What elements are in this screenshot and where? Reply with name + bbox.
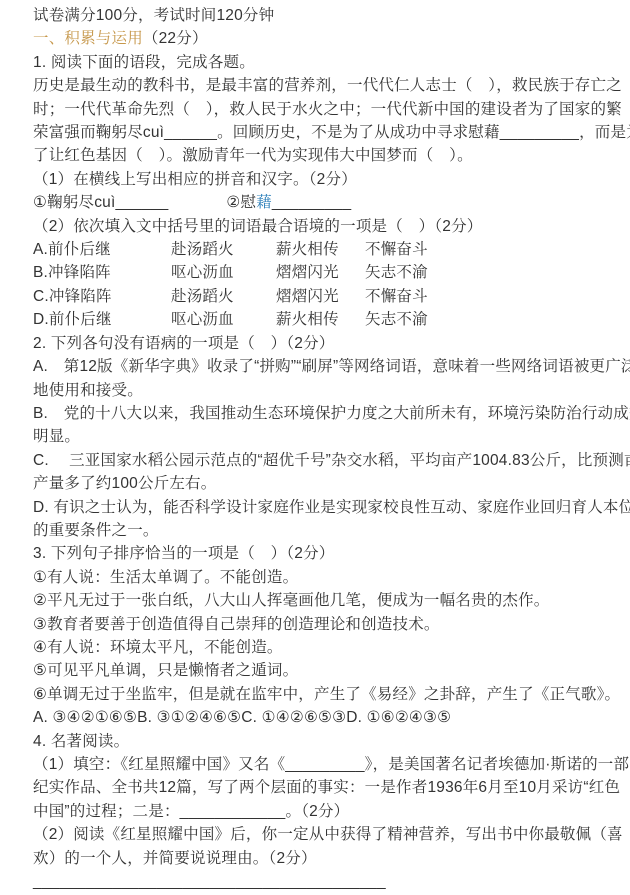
question-3-stem: 3. 下列句子排序恰当的一项是（ ）（2分） bbox=[33, 542, 602, 565]
question-1-passage-line: 时；一代代革命先烈（ ），救人民于水火之中；一代代新中国的建设者为了国家的繁 bbox=[33, 98, 602, 121]
question-2-option-line: 明显。 bbox=[33, 425, 602, 448]
answer-blank-line: ________________________________________ bbox=[33, 870, 602, 893]
question-1-passage-line: 荣富强而鞠躬尽cuì______。回顾历史，不是为了从成功中寻求慰藉______… bbox=[33, 121, 602, 144]
option-cell: 不懈奋斗 bbox=[365, 238, 602, 261]
section-1-heading: 一、积累与运用（22分） bbox=[33, 27, 602, 50]
pinyin-blank-2-line: _________ bbox=[272, 194, 351, 211]
question-3-sentence: ④有人说：环境太平凡，不能创造。 bbox=[33, 636, 602, 659]
option-cell: B.冲锋陷阵 bbox=[33, 261, 171, 284]
question-4-sub-1-line: 中国”的过程；二是：____________。（2分） bbox=[33, 800, 602, 823]
question-1-passage-line: 了让红色基因（ ）。激励青年一代为实现伟大中国梦而（ ）。 bbox=[33, 144, 602, 167]
question-1-sub-2-option-b: B.冲锋陷阵呕心沥血熠熠闪光矢志不渝 bbox=[33, 261, 602, 284]
question-2-option-line: C. 三亚国家水稻公园示范点的“超优千号”杂交水稻，平均亩产1004.83公斤，… bbox=[33, 449, 602, 472]
question-2-option-line: B. 党的十八大以来，我国推动生态环境保护力度之大前所未有，环境污染防治行动成效 bbox=[33, 402, 602, 425]
question-4-sub-1-line: （1）填空：《红星照耀中国》又名《_________》，是美国著名记者埃德加·斯… bbox=[33, 753, 602, 776]
question-2-option-line: 产量多了约100公斤左右。 bbox=[33, 472, 602, 495]
question-4-stem: 4. 名著阅读。 bbox=[33, 730, 602, 753]
option-cell: C.冲锋陷阵 bbox=[33, 285, 171, 308]
option-cell: A.前仆后继 bbox=[33, 238, 171, 261]
option-cell: 呕心沥血 bbox=[171, 308, 276, 331]
highlighted-char: 藉 bbox=[256, 194, 272, 211]
question-1-sub-2-option-c: C.冲锋陷阵赴汤蹈火熠熠闪光不懈奋斗 bbox=[33, 285, 602, 308]
question-1-stem: 1. 阅读下面的语段，完成各题。 bbox=[33, 51, 602, 74]
section-1-score: （22分） bbox=[143, 30, 208, 47]
question-1-sub-2-prompt: （2）依次填入文中括号里的词语最合语境的一项是（ ）（2分） bbox=[33, 215, 602, 238]
option-cell: 薪火相传 bbox=[276, 238, 365, 261]
option-cell: D.前仆后继 bbox=[33, 308, 171, 331]
question-2-stem: 2. 下列各句没有语病的一项是（ ）（2分） bbox=[33, 332, 602, 355]
section-1-title: 一、积累与运用 bbox=[33, 30, 143, 47]
question-1-sub-1-prompt: （1）在横线上写出相应的拼音和汉字。（2分） bbox=[33, 168, 602, 191]
option-cell: 赴汤蹈火 bbox=[171, 285, 276, 308]
exam-paper-document: 试卷满分100分，考试时间120分钟 一、积累与运用（22分） 1. 阅读下面的… bbox=[0, 0, 630, 893]
pinyin-blank-row: ①鞠躬尽cuì______②慰藉_________ bbox=[33, 191, 602, 214]
question-2-option-line: 地使用和接受。 bbox=[33, 379, 602, 402]
question-3-sentence: ③教育者要善于创造值得自己崇拜的创造理论和创造技术。 bbox=[33, 613, 602, 636]
option-cell: 熠熠闪光 bbox=[276, 285, 365, 308]
option-cell: 不懈奋斗 bbox=[365, 285, 602, 308]
pinyin-blank-1: ①鞠躬尽cuì______ bbox=[33, 194, 168, 211]
question-3-sentence: ②平凡无过于一张白纸，八大山人挥毫画他几笔，便成为一幅名贵的杰作。 bbox=[33, 589, 602, 612]
question-2-option-line: A. 第12版《新华字典》收录了“拼购”“刷屏”等网络词语，意味着一些网络词语被… bbox=[33, 355, 602, 378]
question-3-sentence: ①有人说：生活太单调了。不能创造。 bbox=[33, 566, 602, 589]
option-cell: 矢志不渝 bbox=[365, 308, 602, 331]
question-4-sub-2-line: 欢）的一个人，并简要说说理由。（2分） bbox=[33, 847, 602, 870]
question-4-sub-2-line: （2）阅读《红星照耀中国》后，你一定从中获得了精神营养，写出书中你最敬佩（喜 bbox=[33, 823, 602, 846]
option-cell: 呕心沥血 bbox=[171, 261, 276, 284]
option-cell: 矢志不渝 bbox=[365, 261, 602, 284]
question-4-sub-1-line: 纪实作品、全书共12篇，写了两个层面的事实：一是作者1936年6月至10月采访“… bbox=[33, 776, 602, 799]
option-cell: 薪火相传 bbox=[276, 308, 365, 331]
question-3-sentence: ⑥单调无过于坐监牢，但是就在监牢中，产生了《易经》之卦辞，产生了《正气歌》。 bbox=[33, 683, 602, 706]
question-3-choices: A. ③④②①⑥⑤B. ③①②④⑥⑤C. ①④②⑥⑤③D. ①⑥②④③⑤ bbox=[33, 706, 602, 729]
exam-info: 试卷满分100分，考试时间120分钟 bbox=[33, 4, 602, 27]
question-1-sub-2-option-a: A.前仆后继赴汤蹈火薪火相传不懈奋斗 bbox=[33, 238, 602, 261]
option-cell: 熠熠闪光 bbox=[276, 261, 365, 284]
question-1-passage-line: 历史是最生动的教科书，是最丰富的营养剂，一代代仁人志士（ ），救民族于存亡之 bbox=[33, 74, 602, 97]
question-2-option-line: 的重要条件之一。 bbox=[33, 519, 602, 542]
question-3-sentence: ⑤可见平凡单调，只是懒惰者之遁词。 bbox=[33, 659, 602, 682]
question-1-sub-2-option-d: D.前仆后继呕心沥血薪火相传矢志不渝 bbox=[33, 308, 602, 331]
option-cell: 赴汤蹈火 bbox=[171, 238, 276, 261]
pinyin-blank-2-prefix: ②慰 bbox=[226, 194, 256, 211]
question-2-option-line: D. 有识之士认为，能否科学设计家庭作业是实现家校良性互动、家庭作业回归育人本位 bbox=[33, 496, 602, 519]
